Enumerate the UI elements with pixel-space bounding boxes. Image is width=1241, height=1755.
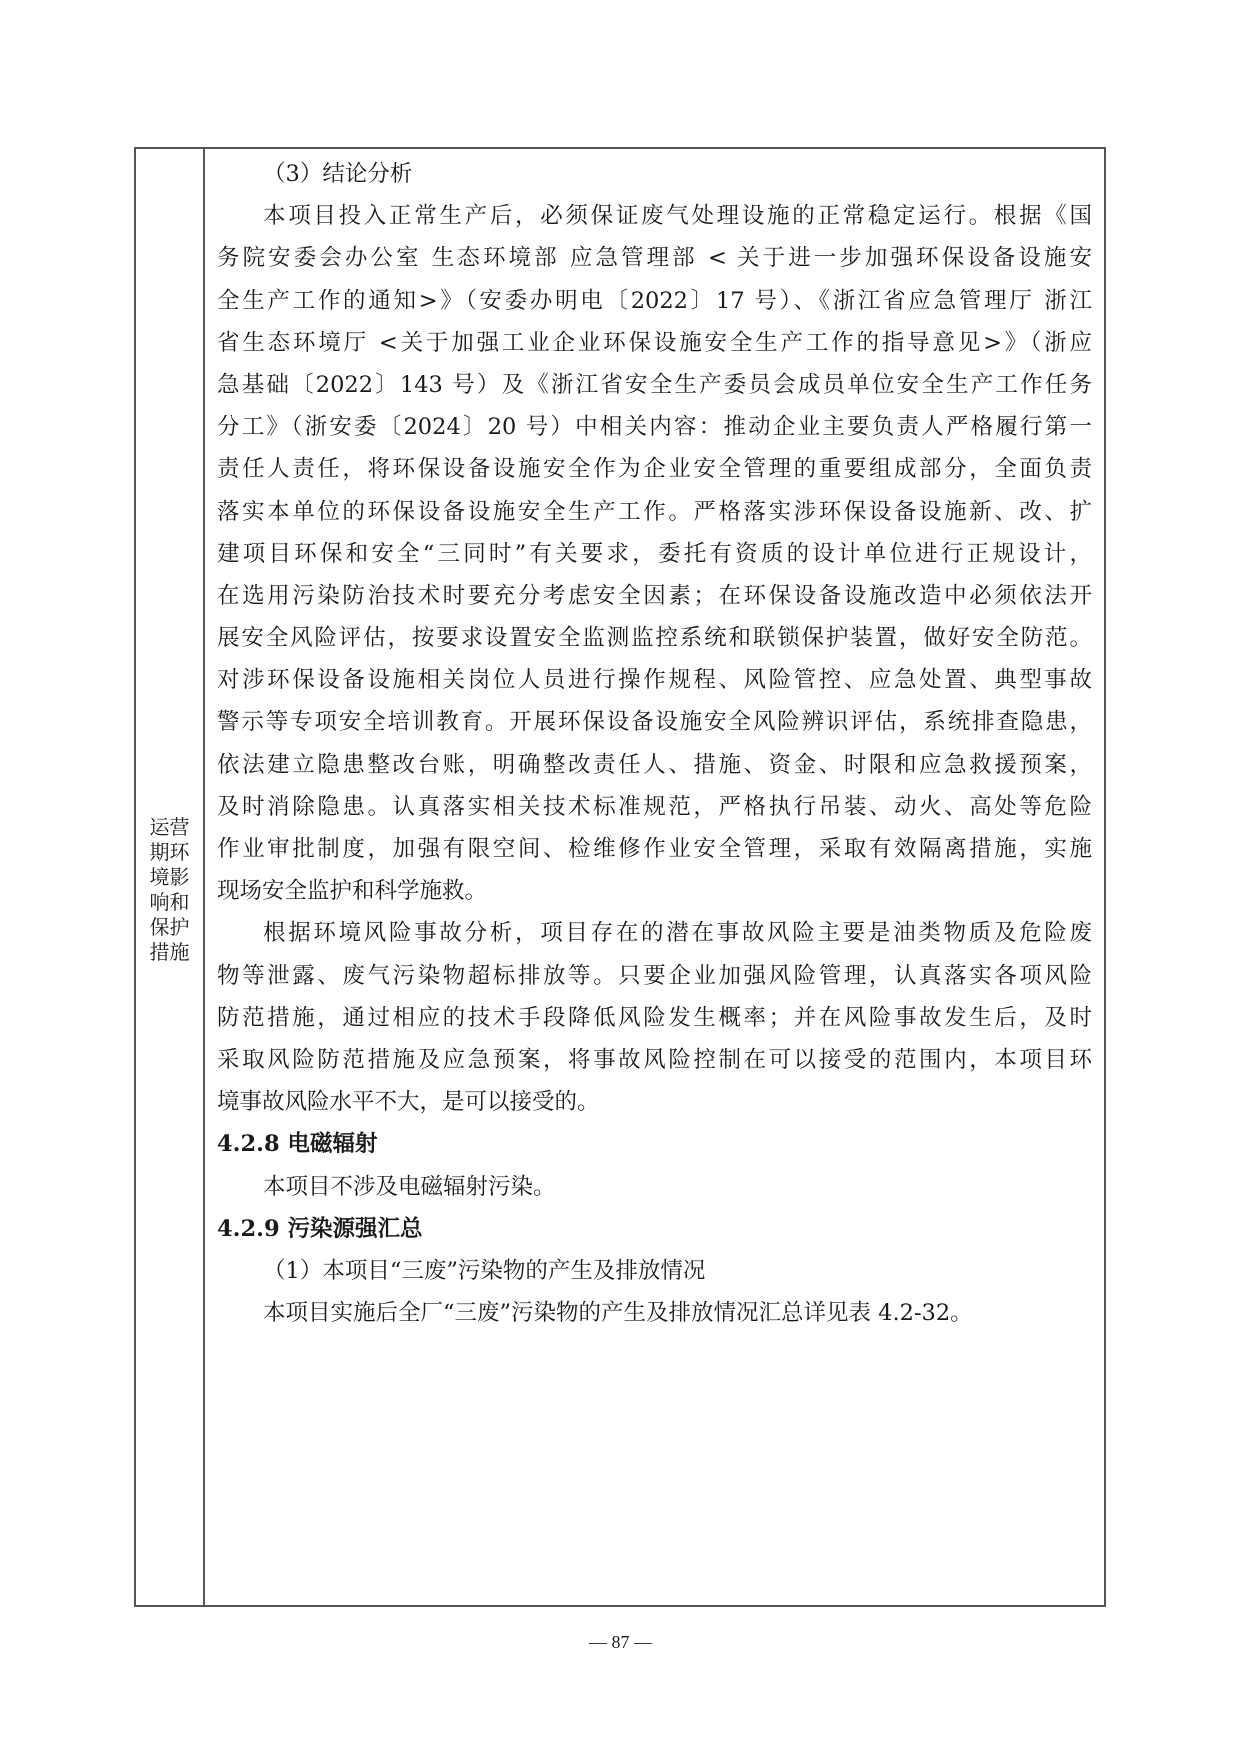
text-line: 急基础〔2022〕143 号）及《浙江省安全生产委员会成员单位安全生产工作任务 xyxy=(217,364,1092,406)
text-line: 防范措施，通过相应的技术手段降低风险发生概率；并在风险事故发生后，及时 xyxy=(217,997,1092,1039)
text-line: 在选用污染防治技术时要充分考虑安全因素；在环保设备设施改造中必须依法开 xyxy=(217,575,1092,617)
text-line: 分工》（浙安委〔2024〕20 号）中相关内容：推动企业主要负责人严格履行第一 xyxy=(217,406,1092,448)
text-line: 省生态环境厅 <关于加强工业企业环保设施安全生产工作的指导意见>》（浙应 xyxy=(217,322,1092,364)
text-line: 本项目实施后全厂“三废”污染物的产生及排放情况汇总详见表 4.2-32。 xyxy=(217,1292,1092,1334)
text-line: 建项目环保和安全“三同时”有关要求，委托有资质的设计单位进行正规设计， xyxy=(217,533,1092,575)
text-line: 采取风险防范措施及应急预案，将事故风险控制在可以接受的范围内，本项目环 xyxy=(217,1039,1092,1081)
section-heading: 4.2.8 电磁辐射 xyxy=(217,1123,1092,1165)
text-line: 本项目不涉及电磁辐射污染。 xyxy=(217,1166,1092,1208)
text-line: （3）结论分析 xyxy=(217,153,1092,195)
text-line: 现场安全监护和科学施救。 xyxy=(217,870,1092,912)
text-line: 全生产工作的通知>》（安委办明电〔2022〕17 号）、《浙江省应急管理厅 浙江 xyxy=(217,280,1092,322)
text-line: 本项目投入正常生产后，必须保证废气处理设施的正常稳定运行。根据《国 xyxy=(217,195,1092,237)
text-line: 依法建立隐患整改台账，明确整改责任人、措施、资金、时限和应急救援预案， xyxy=(217,744,1092,786)
text-line: 务院安委会办公室 生态环境部 应急管理部 < 关于进一步加强环保设备设施安 xyxy=(217,237,1092,279)
text-line: 境事故风险水平不大，是可以接受的。 xyxy=(217,1081,1092,1123)
text-line: （1）本项目“三废”污染物的产生及排放情况 xyxy=(217,1250,1092,1292)
text-line: 及时消除隐患。认真落实相关技术标准规范，严格执行吊装、动火、高处等危险 xyxy=(217,786,1092,828)
text-line: 对涉环保设备设施相关岗位人员进行操作规程、风险管控、应急处置、典型事故 xyxy=(217,659,1092,701)
section-label: 运营期环境影响和保护措施 xyxy=(148,815,192,965)
section-label-cell: 运营期环境影响和保护措施 xyxy=(136,149,205,1605)
content-table: 运营期环境影响和保护措施 （3）结论分析本项目投入正常生产后，必须保证废气处理设… xyxy=(134,147,1106,1607)
text-line: 警示等专项安全培训教育。开展环保设备设施安全风险辨识评估，系统排查隐患， xyxy=(217,701,1092,743)
text-line: 作业审批制度，加强有限空间、检维修作业安全管理，采取有效隔离措施，实施 xyxy=(217,828,1092,870)
text-line: 责任人责任，将环保设备设施安全作为企业安全管理的重要组成部分，全面负责 xyxy=(217,448,1092,490)
text-line: 根据环境风险事故分析，项目存在的潜在事故风险主要是油类物质及危险废 xyxy=(217,912,1092,954)
text-line: 展安全风险评估，按要求设置安全监测监控系统和联锁保护装置，做好安全防范。 xyxy=(217,617,1092,659)
page-number: — 87 — xyxy=(0,1632,1241,1653)
text-line: 物等泄露、废气污染物超标排放等。只要企业加强风险管理，认真落实各项风险 xyxy=(217,955,1092,997)
text-line: 落实本单位的环保设备设施安全生产工作。严格落实涉环保设备设施新、改、扩 xyxy=(217,491,1092,533)
section-heading: 4.2.9 污染源强汇总 xyxy=(217,1208,1092,1250)
content-cell: （3）结论分析本项目投入正常生产后，必须保证废气处理设施的正常稳定运行。根据《国… xyxy=(205,149,1104,1605)
